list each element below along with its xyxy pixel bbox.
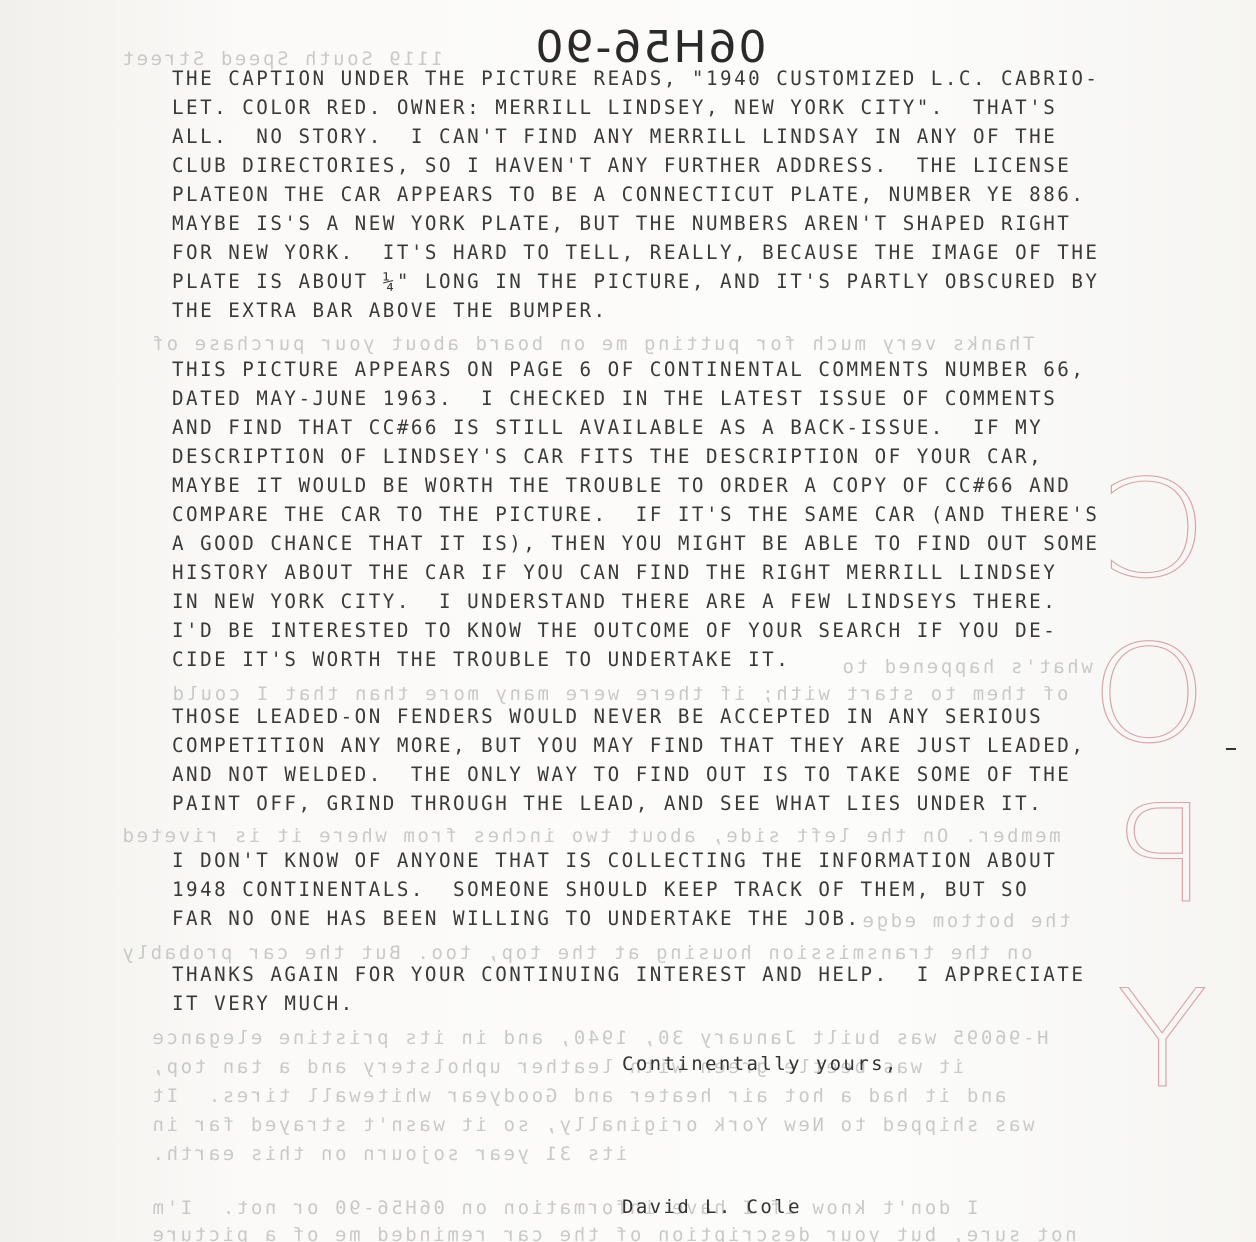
text-line: let. Color red. Owner: Merrill Lindsey, … [172,93,1172,122]
show-through-line: and it had a hot air heater and Goodyear… [150,1085,1006,1107]
text-line: club directories, so I haven't any furth… [172,151,1172,180]
text-line: The caption under the picture reads, "19… [172,64,1172,93]
copy-stamp-letter: Y [1148,973,1208,1108]
show-through-line: I don't know if I have information on 06… [150,1197,978,1219]
copy-stamp-letter: P [1148,788,1208,923]
text-line: I don't know of anyone that is collectin… [172,846,1172,875]
paragraph-thanks: Thanks again for your continuing interes… [172,960,1172,1018]
show-through-line: member. On the left side, about two inch… [120,825,1061,847]
text-line: all. No story. I can't find any Merrill … [172,122,1172,151]
text-line: plate is about ¼" long in the picture, a… [172,267,1172,296]
copy-stamp-letter: C [1148,463,1208,598]
text-line: This picture appears on page 6 of Contin… [172,355,1172,384]
scanned-letter-page: 1119 South Speed Street Thanks very much… [0,0,1256,1242]
show-through-line: was shipped to New York originally, so i… [150,1114,1034,1136]
margin-mark [1226,748,1236,750]
text-line: and not welded. The only way to find out… [172,760,1172,789]
text-line: paint off, grind through the lead, and s… [172,789,1172,818]
text-line: Those leaded-on fenders would never be a… [172,702,1172,731]
text-line: a good chance that it is), then you migh… [172,529,1172,558]
text-line: in New York City. I understand there are… [172,587,1172,616]
copy-stamp-letter: O [1148,628,1208,763]
text-line: 1948 Continentals. Someone should keep t… [172,875,1172,904]
text-line: I'd be interested to know the outcome of… [172,616,1172,645]
text-line: it very much. [172,989,1172,1018]
text-line: plateon the car appears to be a Connecti… [172,180,1172,209]
paragraph-caption: The caption under the picture reads, "19… [172,64,1172,325]
closing-salutation: Continentally yours, [622,1053,899,1075]
text-line: for New York. It's hard to tell, really,… [172,238,1172,267]
show-through-line: H-96095 was built January 30, 1940, and … [150,1027,1049,1049]
paragraph-collecting: I don't know of anyone that is collectin… [172,846,1172,933]
text-line: Thanks again for your continuing interes… [172,960,1172,989]
text-line: dated May-June 1963. I checked in the la… [172,384,1172,413]
text-line: maybe it would be worth the trouble to o… [172,471,1172,500]
text-line: Maybe is's a New York plate, but the num… [172,209,1172,238]
show-through-line: its 31 year sojourn on this earth. [150,1143,627,1165]
text-line: far no one has been willing to undertake… [172,904,1172,933]
text-line: cide it's worth the trouble to undertake… [172,645,1172,674]
text-line: compare the car to the picture. If it's … [172,500,1172,529]
show-through-line: Thanks very much for putting me on board… [150,333,1034,355]
text-line: competition any more, but you may find t… [172,731,1172,760]
text-line: history about the car if you can find th… [172,558,1172,587]
signature-name: David L. Cole [622,1196,802,1218]
paragraph-continental-comments: This picture appears on page 6 of Contin… [172,355,1172,674]
paragraph-fenders: Those leaded-on fenders would never be a… [172,702,1172,818]
text-line: the extra bar above the bumper. [172,296,1172,325]
text-line: description of Lindsey's car fits the de… [172,442,1172,471]
text-line: and find that CC#66 is still available a… [172,413,1172,442]
show-through-line: not sure, but your description of the ca… [150,1224,1077,1242]
